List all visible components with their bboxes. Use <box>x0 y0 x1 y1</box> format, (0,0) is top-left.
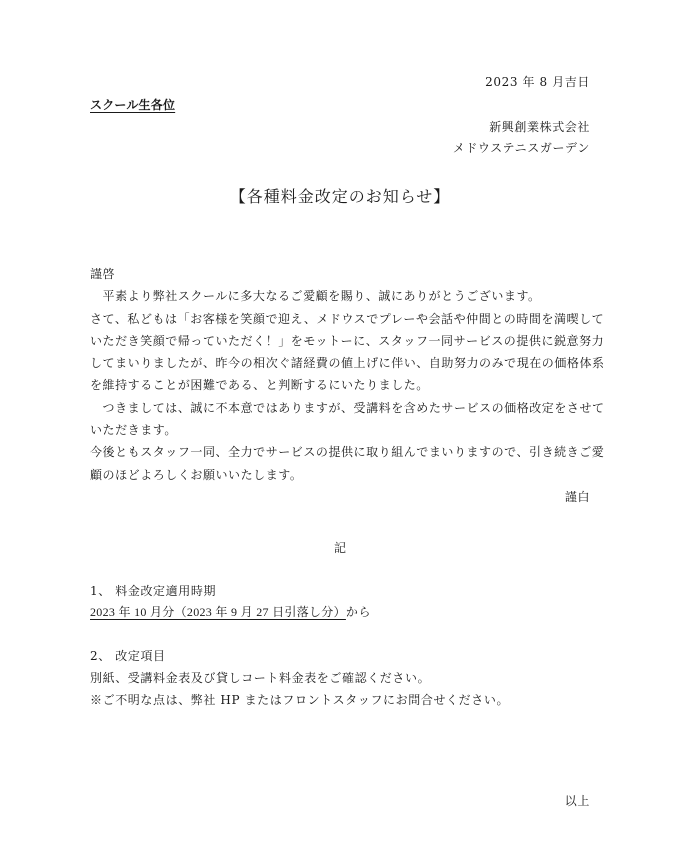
document-page: 2023 年 8 月吉日 スクール生各位 新興創業株式会社 メドウステニスガーデ… <box>0 0 680 862</box>
item2-line2: ※ご不明な点は、弊社 HP またはフロントスタッフにお問合せください。 <box>90 689 509 711</box>
body-line: 顧のほどよろしくお願いいたします。 <box>90 464 590 486</box>
body-line: を維持することが困難である、と判断するにいたりました。 <box>90 374 590 396</box>
body-line: してまいりましたが、昨今の相次ぐ諸経費の値上げに伴い、自助努力のみで現在の価格体… <box>90 352 590 374</box>
closing-salutation: 謹白 <box>90 486 590 508</box>
recipient: スクール生各位 <box>90 94 175 116</box>
document-title: 【各種料金改定のお知らせ】 <box>0 186 680 208</box>
body-line: いただきます。 <box>90 419 590 441</box>
end-notation: 以上 <box>565 790 590 812</box>
company-name: 新興創業株式会社 <box>489 116 590 138</box>
letter-body: 謹啓 平素より弊社スクールに多大なるご愛顧を賜り、誠にありがとうございます。 さ… <box>90 263 590 508</box>
item2-heading: 2、 改定項目 <box>90 645 166 667</box>
body-line: つきましては、誠に不本意ではありますが、受講料を含めたサービスの価格改定をさせて <box>90 397 590 419</box>
body-line: さて、私どもは「お客様を笑顔で迎え、メドウスでプレーや会話や仲間との時間を満喫し… <box>90 308 590 330</box>
facility-name: メドウステニスガーデン <box>453 137 590 159</box>
body-line: いただき笑顔で帰っていただく！」をモットーに、スタッフ一同サービスの提供に鋭意努… <box>90 330 590 352</box>
item1-date: 2023 年 10 月分（2023 年 9 月 27 日引落し分）から <box>90 601 371 623</box>
item2-line1: 別紙、受講料金表及び貸しコート料金表をご確認ください。 <box>90 667 430 689</box>
body-line: 今後ともスタッフ一同、全力でサービスの提供に取り組んでまいりますので、引き続きご… <box>90 441 590 463</box>
body-line: 平素より弊社スクールに多大なるご愛顧を賜り、誠にありがとうございます。 <box>90 285 590 307</box>
ki-notation: 記 <box>0 537 680 559</box>
effective-date-suffix: から <box>346 605 371 619</box>
item1-heading: 1、 料金改定適用時期 <box>90 580 216 602</box>
issue-date: 2023 年 8 月吉日 <box>485 71 590 93</box>
opening-salutation: 謹啓 <box>90 263 590 285</box>
effective-date: 2023 年 10 月分（2023 年 9 月 27 日引落し分） <box>90 605 346 619</box>
